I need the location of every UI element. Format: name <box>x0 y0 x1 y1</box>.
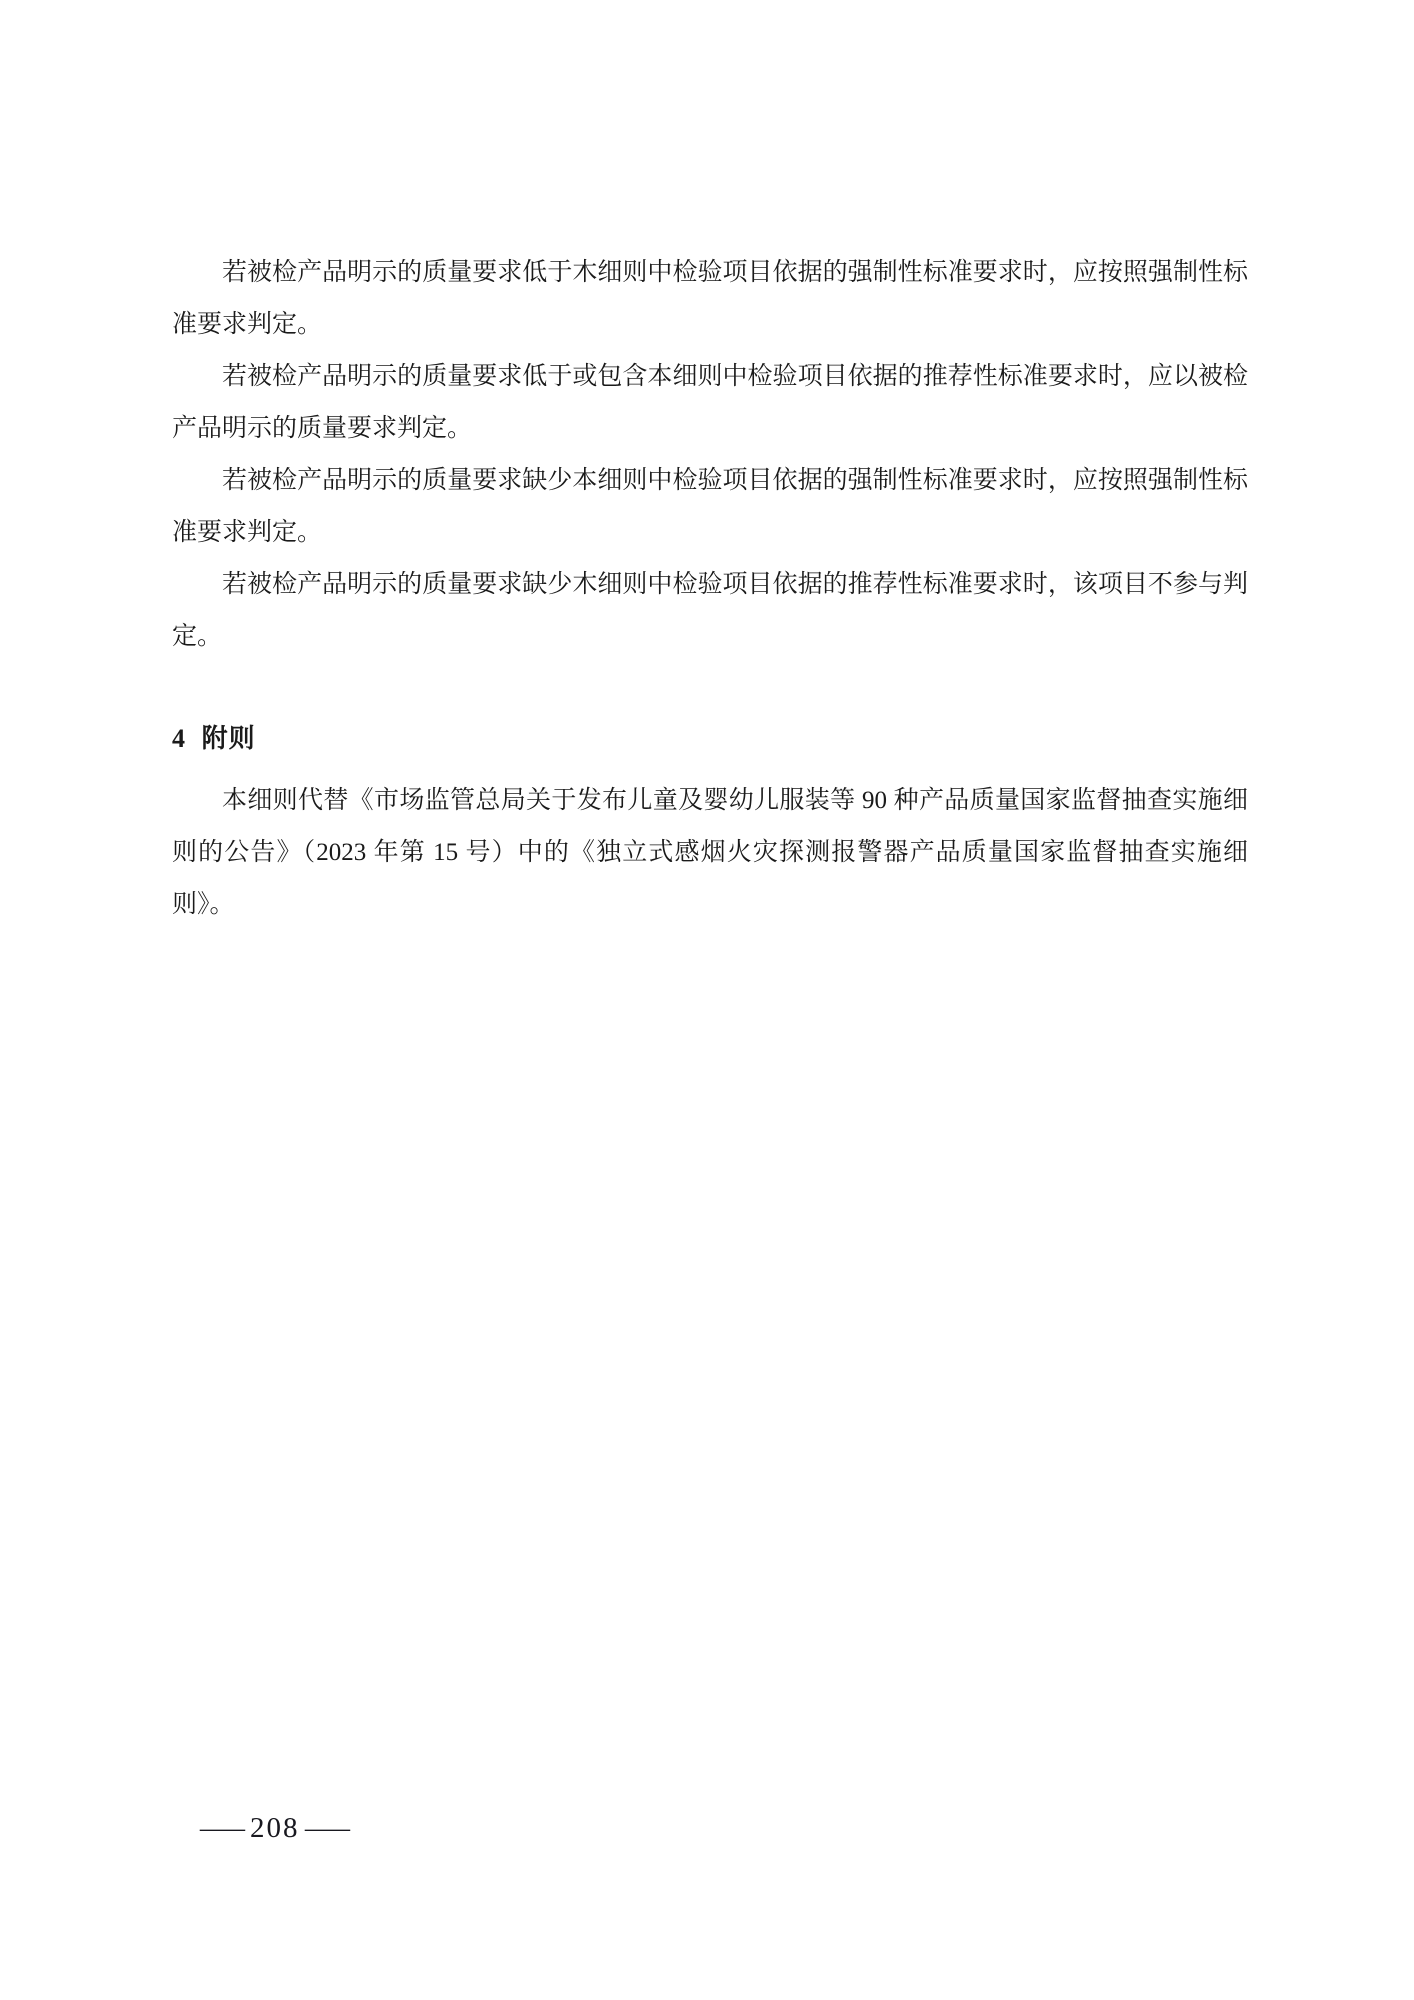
section-number: 4 <box>172 724 186 753</box>
paragraph-judgement-rule-4: 若被检产品明示的质量要求缺少木细则中检验项目依据的推荐性标准要求时，该项目不参与… <box>172 559 1248 663</box>
paragraph-judgement-rule-2: 若被检产品明示的质量要求低于或包含本细则中检验项目依据的推荐性标准要求时，应以被… <box>172 351 1248 455</box>
closing-paragraph: 本细则代替《市场监管总局关于发布儿童及婴幼儿服装等 90 种产品质量国家监督抽查… <box>172 775 1248 931</box>
paragraph-judgement-rule-3: 若被检产品明示的质量要求缺少本细则中检验项目依据的强制性标准要求时，应按照强制性… <box>172 455 1248 559</box>
document-page: 若被检产品明示的质量要求低于木细则中检验项目依据的强制性标准要求时，应按照强制性… <box>0 0 1414 2000</box>
paragraph-judgement-rule-1: 若被检产品明示的质量要求低于木细则中检验项目依据的强制性标准要求时，应按照强制性… <box>172 247 1248 351</box>
section-heading: 4附则 <box>172 713 1248 765</box>
document-body: 若被检产品明示的质量要求低于木细则中检验项目依据的强制性标准要求时，应按照强制性… <box>172 247 1248 931</box>
section-title: 附则 <box>202 724 256 753</box>
footer-dash-right: — <box>305 1812 350 1845</box>
page-footer: — 208 — <box>208 1812 342 1845</box>
footer-dash-left: — <box>200 1812 245 1845</box>
page-number: 208 <box>250 1812 300 1845</box>
